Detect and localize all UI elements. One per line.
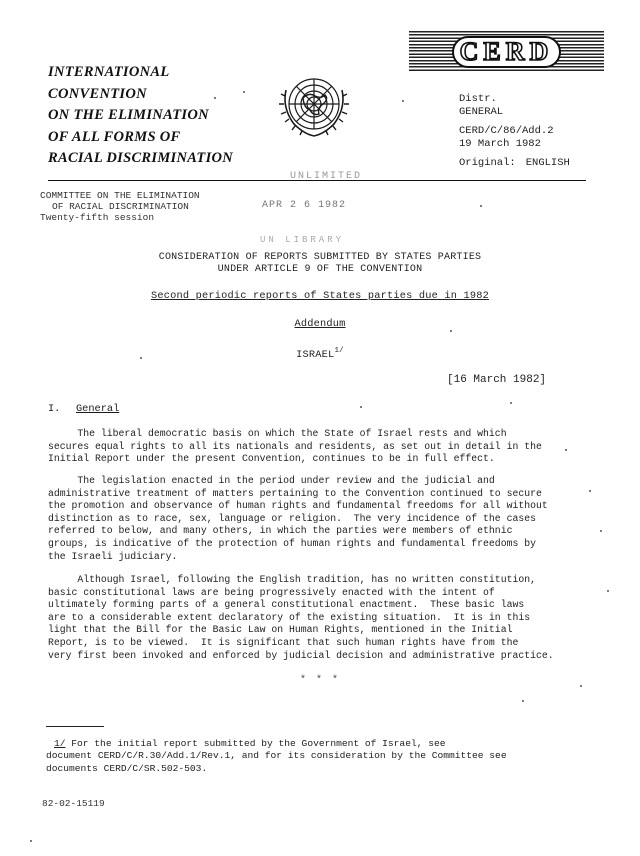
heading-line1: CONSIDERATION OF REPORTS SUBMITTED BY ST…	[0, 252, 640, 264]
paragraph-1: The liberal democratic basis on which th…	[48, 428, 578, 466]
document-meta: Distr. GENERAL CERD/C/86/Add.2 19 March …	[459, 93, 570, 170]
section-number: I.	[48, 403, 76, 415]
library-stamp: UN LIBRARY	[260, 235, 344, 245]
addendum-label: Addendum	[0, 318, 640, 330]
convention-title-line: OF ALL FORMS OF	[48, 127, 268, 149]
paragraph-line: basic constitutional laws are being prog…	[48, 587, 578, 600]
paragraph-line: The legislation enacted in the period un…	[48, 475, 578, 488]
section-separator: * * *	[0, 675, 640, 686]
paragraph-3: Although Israel, following the English t…	[48, 574, 578, 662]
paragraph-line: administrative treatment of matters pert…	[48, 488, 578, 501]
country-name: ISRAEL	[296, 349, 334, 361]
country-footnote-mark: 1/	[334, 347, 343, 355]
paragraph-line: secures equal rights to all its national…	[48, 441, 578, 454]
heading-line2: UNDER ARTICLE 9 OF THE CONVENTION	[0, 264, 640, 276]
original-value: ENGLISH	[526, 157, 570, 169]
paragraph-line: The liberal democratic basis on which th…	[48, 428, 578, 441]
paragraph-line: light that the Bill for the Basic Law on…	[48, 624, 578, 637]
footnote: 1/ For the initial report submitted by t…	[54, 738, 594, 775]
cerd-banner-text: CERD	[452, 36, 562, 68]
paragraph-line: are to a considerable extent declaratory…	[48, 612, 578, 625]
paragraph-line: Report, is to be viewed. It is significa…	[48, 637, 578, 650]
paragraph-line: very first been invoked and enforced by …	[48, 650, 578, 663]
distribution-label: Distr.	[459, 93, 570, 106]
committee-name-line1: COMMITTEE ON THE ELIMINATION	[40, 190, 200, 201]
report-date: [16 March 1982]	[447, 374, 546, 386]
header-divider	[48, 180, 586, 181]
convention-title-line: CONVENTION	[48, 84, 268, 106]
footnote-text: For the initial report submitted by the …	[66, 738, 446, 749]
paragraph-line: ultimately forming parts of a general co…	[48, 599, 578, 612]
committee-block: COMMITTEE ON THE ELIMINATION OF RACIAL D…	[40, 190, 200, 223]
paragraph-line: Initial Report under the present Convent…	[48, 453, 578, 466]
original-label: Original:	[459, 157, 516, 169]
original-language: Original:ENGLISH	[459, 157, 570, 170]
subtitle: Second periodic reports of States partie…	[0, 290, 640, 302]
convention-title: INTERNATIONAL CONVENTION ON THE ELIMINAT…	[48, 62, 268, 170]
document-date: 19 March 1982	[459, 138, 570, 151]
paragraph-line: referred to below, and many others, in w…	[48, 525, 578, 538]
received-date-stamp: APR 2 6 1982	[262, 200, 346, 211]
footnote-line: 1/ For the initial report submitted by t…	[54, 738, 594, 750]
footnote-mark: 1/	[54, 738, 66, 749]
footnote-divider	[46, 726, 104, 727]
committee-session: Twenty-fifth session	[40, 212, 200, 223]
convention-title-line: ON THE ELIMINATION	[48, 105, 268, 127]
distribution-type: GENERAL	[459, 106, 570, 119]
paragraph-line: groups, is indicative of the protection …	[48, 538, 578, 551]
paragraph-2: The legislation enacted in the period un…	[48, 475, 578, 563]
paragraph-line: the promotion and observance of human ri…	[48, 500, 578, 513]
section-title: General	[76, 403, 119, 415]
section-heading: I.General	[48, 403, 119, 415]
footnote-line: document CERD/C/R.30/Add.1/Rev.1, and fo…	[46, 750, 594, 762]
paragraph-line: distinction as to race, sex, language or…	[48, 513, 578, 526]
convention-title-line: RACIAL DISCRIMINATION	[48, 148, 268, 170]
country-heading: ISRAEL1/	[0, 345, 640, 361]
cerd-banner: CERD	[409, 31, 604, 72]
job-number: 82-02-15119	[42, 798, 105, 809]
footnote-line: documents CERD/C/SR.502-503.	[46, 763, 594, 775]
convention-title-line: INTERNATIONAL	[48, 62, 268, 84]
un-emblem-icon	[276, 68, 352, 144]
paragraph-line: the Israeli judiciary.	[48, 551, 578, 564]
committee-name-line2: OF RACIAL DISCRIMINATION	[40, 201, 200, 212]
document-symbol: CERD/C/86/Add.2	[459, 125, 570, 138]
paragraph-line: Although Israel, following the English t…	[48, 574, 578, 587]
